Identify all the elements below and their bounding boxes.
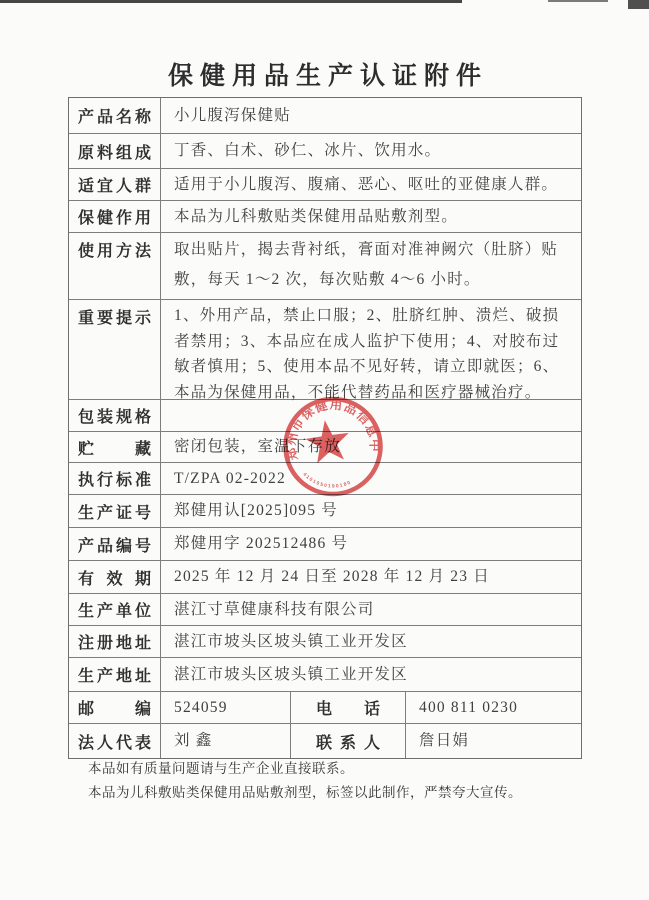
table-row: 有效期 2025 年 12 月 24 日至 2028 年 12 月 23 日 — [69, 561, 581, 594]
row-value: 丁香、白术、砂仁、冰片、饮用水。 — [161, 134, 581, 168]
table-row: 产品编号 郑健用字 202512486 号 — [69, 528, 581, 561]
seal-star-icon — [303, 417, 352, 464]
scan-artifact-top — [548, 0, 608, 2]
row-value: 郑健用字 202512486 号 — [161, 528, 581, 560]
row-label: 邮编 — [69, 692, 161, 723]
row-label: 重要提示 — [69, 300, 161, 399]
row-label: 联系人 — [291, 724, 406, 758]
row-value: 524059 — [161, 692, 291, 723]
row-label: 包装规格 — [69, 400, 161, 431]
row-label: 生产地址 — [69, 658, 161, 691]
table-row: 注册地址 湛江市坡头区坡头镇工业开发区 — [69, 626, 581, 658]
row-label: 执行标准 — [69, 463, 161, 494]
row-value: 小儿腹泻保健贴 — [161, 98, 581, 133]
table-row: 原料组成 丁香、白术、砂仁、冰片、饮用水。 — [69, 134, 581, 169]
scan-artifact-corner — [628, 0, 649, 9]
row-label: 产品编号 — [69, 528, 161, 560]
row-label: 有效期 — [69, 561, 161, 593]
row-value: 刘 鑫 — [161, 724, 291, 758]
table-row: 法人代表 刘 鑫 联系人 詹日娟 — [69, 724, 581, 758]
row-label: 产品名称 — [69, 98, 161, 133]
row-value: 400 811 0230 — [406, 692, 581, 723]
table-row: 生产单位 湛江寸草健康科技有限公司 — [69, 594, 581, 626]
row-value: 湛江市坡头区坡头镇工业开发区 — [161, 626, 581, 657]
row-label: 原料组成 — [69, 134, 161, 168]
footer-note-line: 本品为儿科敷贴类保健用品贴敷剂型，标签以此制作，严禁夸大宣传。 — [88, 781, 522, 805]
row-value: 2025 年 12 月 24 日至 2028 年 12 月 23 日 — [161, 561, 581, 593]
row-label: 注册地址 — [69, 626, 161, 657]
row-label: 生产单位 — [69, 594, 161, 625]
table-row: 使用方法 取出贴片，揭去背衬纸，膏面对准神阙穴（肚脐）贴敷，每天 1～2 次，每… — [69, 233, 581, 300]
row-value: 湛江市坡头区坡头镇工业开发区 — [161, 658, 581, 691]
row-value: 詹日娟 — [406, 724, 581, 758]
row-value: 湛江寸草健康科技有限公司 — [161, 594, 581, 625]
table-row: 适宜人群 适用于小儿腹泻、腹痛、恶心、呕吐的亚健康人群。 — [69, 169, 581, 201]
row-label: 适宜人群 — [69, 169, 161, 200]
row-label: 贮藏 — [69, 432, 161, 462]
table-row: 保健作用 本品为儿科敷贴类保健用品贴敷剂型。 — [69, 201, 581, 233]
table-row: 生产地址 湛江市坡头区坡头镇工业开发区 — [69, 658, 581, 692]
table-row: 产品名称 小儿腹泻保健贴 — [69, 98, 581, 134]
row-label: 保健作用 — [69, 201, 161, 232]
footer-notes: 本品如有质量问题请与生产企业直接联系。 本品为儿科敷贴类保健用品贴敷剂型，标签以… — [88, 757, 522, 805]
red-seal-icon: 郑州市保健用品信息中心 4101050190180 — [269, 382, 400, 513]
row-label: 使用方法 — [69, 233, 161, 299]
row-label: 法人代表 — [69, 724, 161, 758]
row-value: 适用于小儿腹泻、腹痛、恶心、呕吐的亚健康人群。 — [161, 169, 581, 200]
row-value: 本品为儿科敷贴类保健用品贴敷剂型。 — [161, 201, 581, 232]
scan-artifact-top — [0, 0, 462, 3]
table-row: 邮编 524059 电话 400 811 0230 — [69, 692, 581, 724]
row-value: 取出贴片，揭去背衬纸，膏面对准神阙穴（肚脐）贴敷，每天 1～2 次，每次贴敷 4… — [161, 233, 581, 299]
footer-note-line: 本品如有质量问题请与生产企业直接联系。 — [88, 757, 522, 781]
row-label: 生产证号 — [69, 495, 161, 527]
page-title: 保健用品生产认证附件 — [0, 56, 649, 92]
row-label: 电话 — [291, 692, 406, 723]
